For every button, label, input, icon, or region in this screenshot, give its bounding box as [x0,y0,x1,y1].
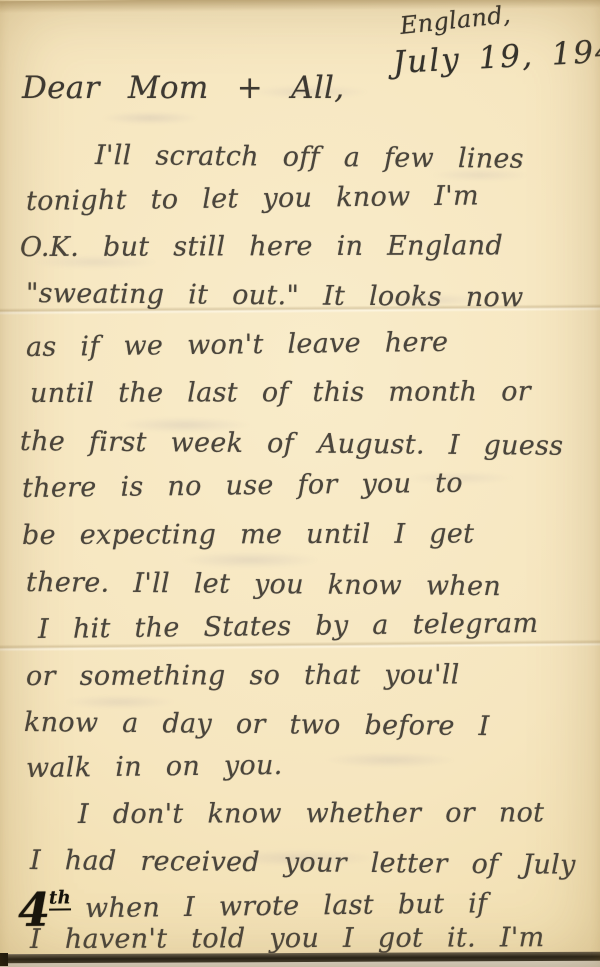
line-remainder: when I wrote last but if [85,888,488,924]
letter-line: O.K. but still here in England [20,230,503,263]
letter-line: I haven't told you I got it. I'm [30,922,545,955]
letter-line: until the last of this month or [30,376,531,409]
letter-line: there. I'll let you know when [26,567,501,602]
letter-line: be expecting me until I get [22,518,474,551]
letter-line: there is no use for you to [22,468,463,504]
letter-line: "sweating it out." It looks now [26,278,524,313]
ordinal-th: th [49,887,71,910]
letter-line: or something so that you'll [26,659,460,692]
salutation: Dear Mom + All, [22,70,344,106]
letter-line: the first week of August. I guess [20,426,564,462]
letter-line: as if we won't leave here [26,327,449,363]
letter-page: England, July 19, 1945 Dear Mom + All, I… [0,0,600,967]
letter-line: walk in on you. [26,750,283,784]
letter-line: tonight to let you know I'm [26,180,479,217]
place-line: England, [399,0,513,39]
letter-line: I don't know whether or not [78,797,544,830]
date-line: July 19, 1945 [392,32,600,81]
letter-line: know a day or two before I [24,707,490,742]
letter-line: I'll scratch off a few lines [95,140,524,175]
letter-line-july-4th: 4thwhen I wrote last but if [18,882,488,925]
letter-line: I hit the States by a telegram [38,608,539,645]
letter-line: I had received your letter of July [30,845,576,881]
bottom-left-ink-mark [0,953,8,966]
